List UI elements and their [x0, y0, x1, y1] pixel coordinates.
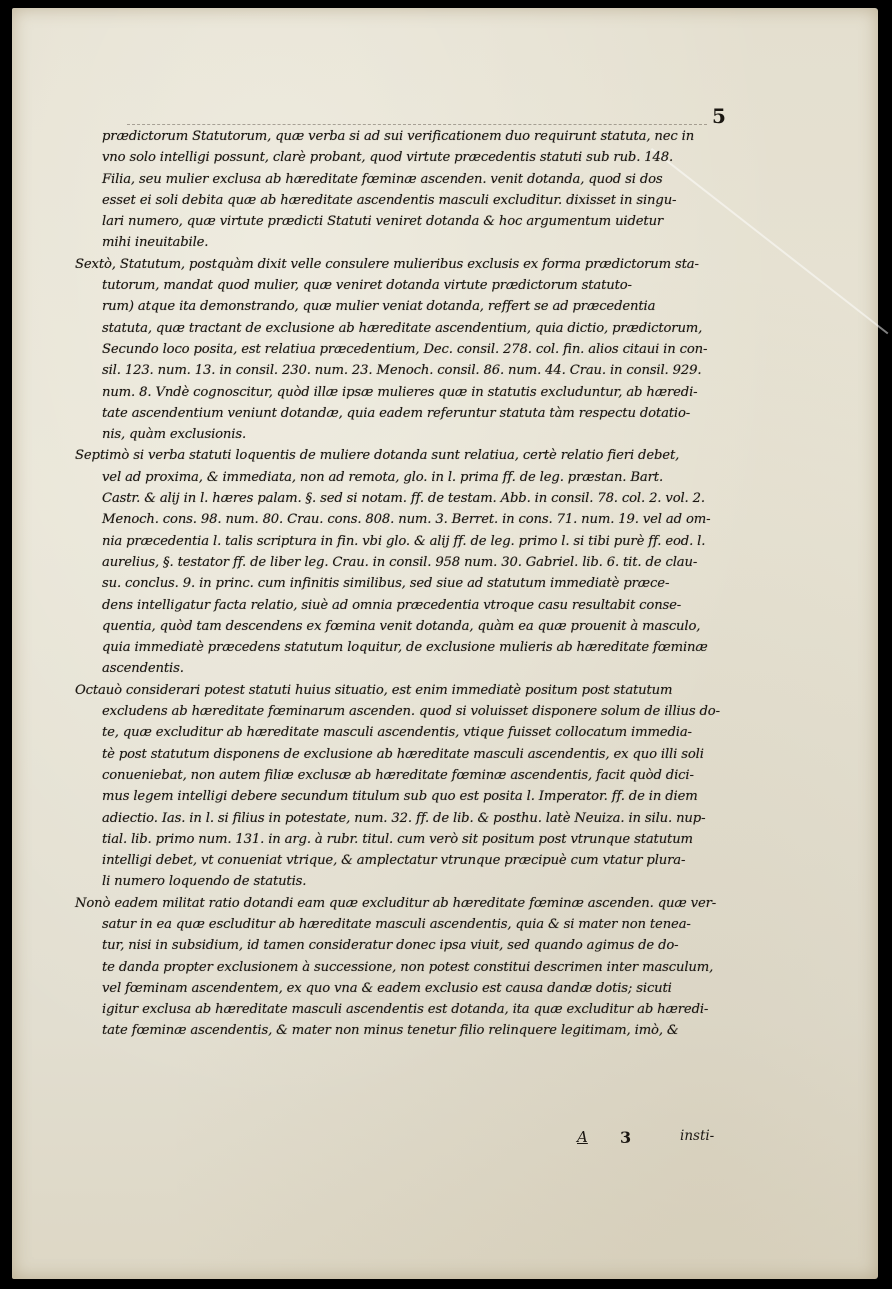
text-line: mihi ineuitabile.: [102, 232, 782, 253]
text-line: aurelius, §. testator ff. de liber leg. …: [75, 552, 782, 573]
text-line: igitur exclusa ab hæreditate masculi asc…: [75, 999, 782, 1020]
text-line: Octauò considerari potest statuti huius …: [75, 680, 782, 701]
text-line: quentia, quòd tam descendens ex fœmina v…: [75, 616, 782, 637]
text-line: adiectio. Ias. in l. si filius in potest…: [75, 808, 782, 829]
folio-number: 5: [712, 104, 726, 128]
text-line: satur in ea quæ escluditur ab hæreditate…: [75, 914, 782, 935]
text-line: mus legem intelligi debere secundum titu…: [75, 786, 782, 807]
text-line: te danda propter exclusionem à successio…: [75, 957, 782, 978]
text-line: Nonò eadem militat ratio dotandi eam quæ…: [75, 893, 782, 914]
text-line: excludens ab hæreditate fœminarum ascend…: [75, 701, 782, 722]
text-line: vno solo intelligi possunt, clarè proban…: [102, 147, 782, 168]
text-line: nia præcedentia l. talis scriptura in fi…: [75, 531, 782, 552]
text-line: ascendentis.: [75, 658, 782, 679]
signature-number: 3: [620, 1128, 631, 1147]
paragraph-septimo: Septimò si verba statuti loquentis de mu…: [75, 445, 782, 679]
text-line: vel ad proxima, & immediata, non ad remo…: [75, 467, 782, 488]
text-line: Septimò si verba statuti loquentis de mu…: [75, 445, 782, 466]
text-line: tutorum, mandat quod mulier, quæ veniret…: [75, 275, 782, 296]
text-line: Filia, seu mulier exclusa ab hæreditate …: [102, 169, 782, 190]
catchword: insti-: [680, 1128, 714, 1144]
text-line: num. 8. Vndè cognoscitur, quòd illæ ipsæ…: [75, 382, 782, 403]
text-line: intelligi debet, vt conueniat vtrique, &…: [75, 850, 782, 871]
text-line: tial. lib. primo num. 131. in arg. à rub…: [75, 829, 782, 850]
text-line: te, quæ excluditur ab hæreditate masculi…: [75, 722, 782, 743]
text-line: rum) atque ita demonstrando, quæ mulier …: [75, 296, 782, 317]
body-text: prædictorum Statutorum, quæ verba si ad …: [102, 126, 782, 1042]
text-line: tate ascendentium veniunt dotandæ, quia …: [75, 403, 782, 424]
text-line: esset ei soli debita quæ ab hæreditate a…: [102, 190, 782, 211]
text-line: statuta, quæ tractant de exclusione ab h…: [75, 318, 782, 339]
text-line: sil. 123. num. 13. in consil. 230. num. …: [75, 360, 782, 381]
text-line: Castr. & alij in l. hæres palam. §. sed …: [75, 488, 782, 509]
text-line: conueniebat, non autem filiæ exclusæ ab …: [75, 765, 782, 786]
text-line: Secundo loco posita, est relatiua præced…: [75, 339, 782, 360]
paragraph-sexto: Sextò, Statutum, postquàm dixit velle co…: [75, 254, 782, 446]
paragraph-octauo: Octauò considerari potest statuti huius …: [75, 680, 782, 893]
text-line: li numero loquendo de statutis.: [75, 871, 782, 892]
paragraph-nono: Nonò eadem militat ratio dotandi eam quæ…: [75, 893, 782, 1042]
text-line: Menoch. cons. 98. num. 80. Crau. cons. 8…: [75, 509, 782, 530]
text-line: vel fœminam ascendentem, ex quo vna & ea…: [75, 978, 782, 999]
text-line: tur, nisi in subsidium, id tamen conside…: [75, 935, 782, 956]
signature-mark: A: [577, 1128, 588, 1146]
text-line: dens intelligatur facta relatio, siuè ad…: [75, 595, 782, 616]
text-line: nis, quàm exclusionis.: [75, 424, 782, 445]
text-line: quia immediatè præcedens statutum loquit…: [75, 637, 782, 658]
text-line: lari numero, quæ virtute prædicti Statut…: [102, 211, 782, 232]
book-page: 5 prædictorum Statutorum, quæ verba si a…: [12, 8, 878, 1279]
text-line: Sextò, Statutum, postquàm dixit velle co…: [75, 254, 782, 275]
text-line: tè post statutum disponens de exclusione…: [75, 744, 782, 765]
text-line: tate fœminæ ascendentis, & mater non min…: [75, 1020, 782, 1041]
text-line: su. conclus. 9. in princ. cum infinitis …: [75, 573, 782, 594]
text-line: prædictorum Statutorum, quæ verba si ad …: [102, 126, 782, 147]
paragraph-continuation: prædictorum Statutorum, quæ verba si ad …: [102, 126, 782, 254]
